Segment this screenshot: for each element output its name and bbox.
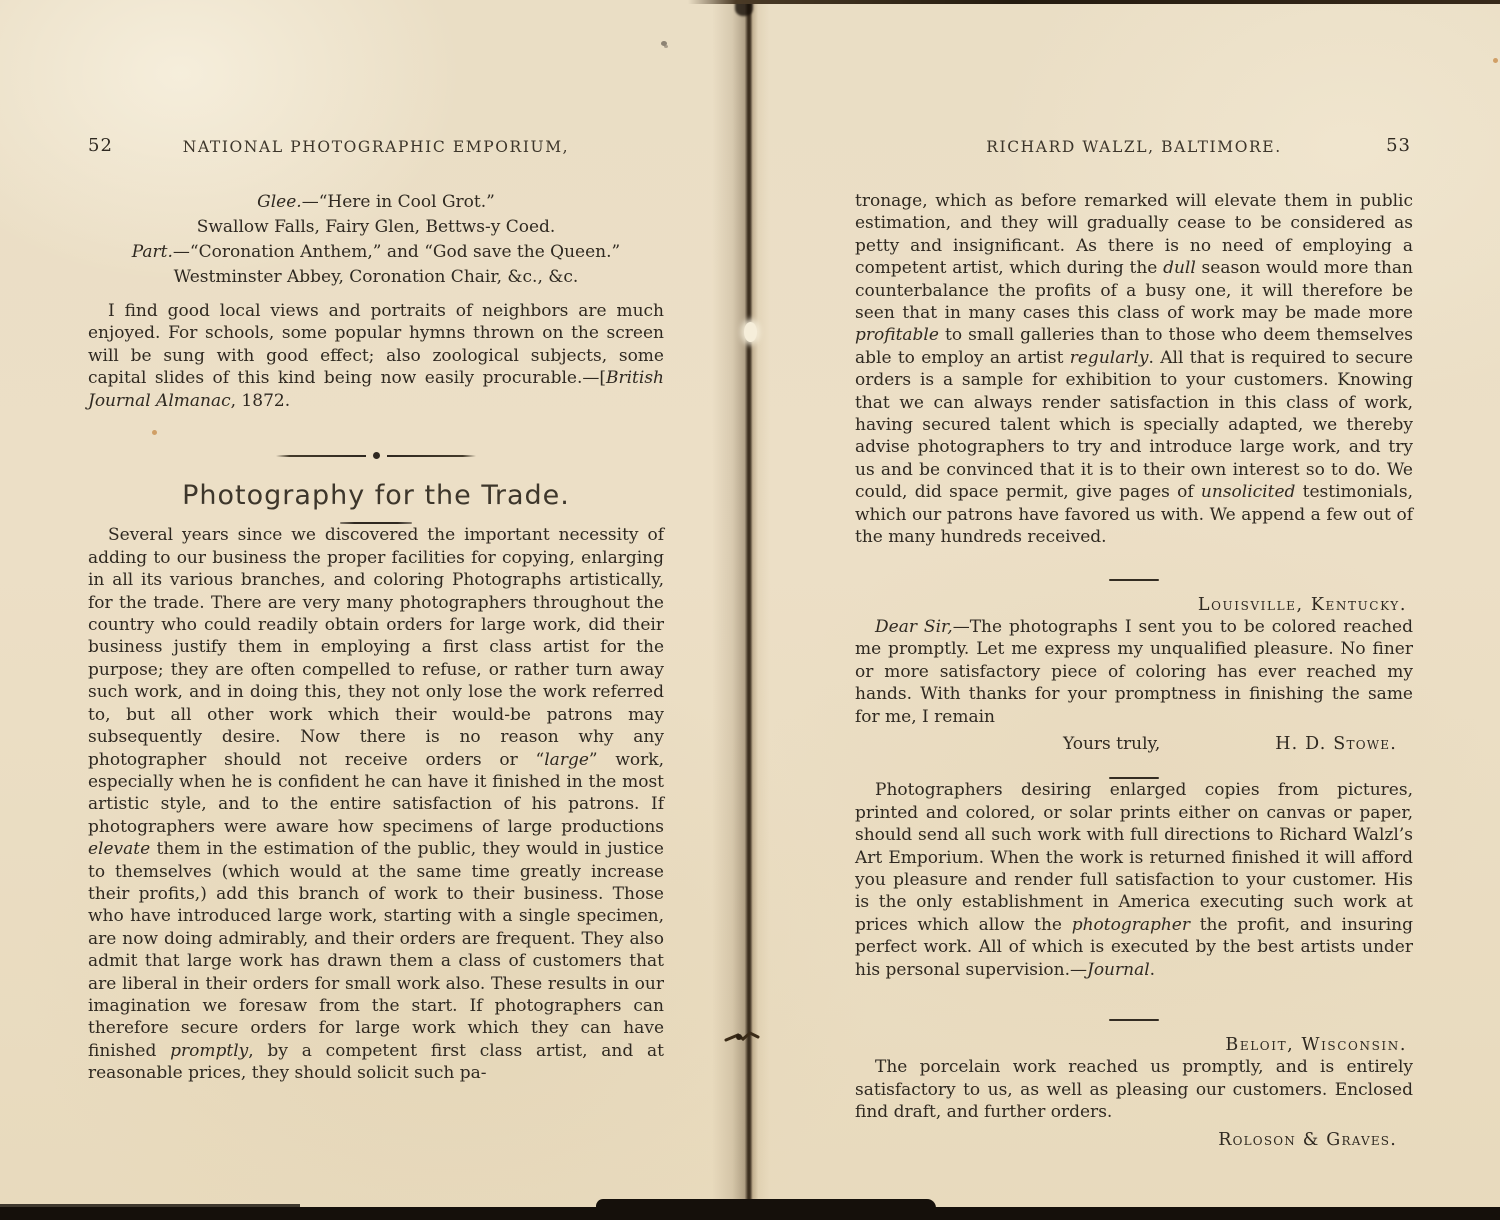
binding-stitch-icon (724, 1030, 766, 1046)
testimonial-body: The porcelain work reached us promptly, … (855, 1056, 1413, 1123)
scan-edge-bottom-bump (596, 1199, 936, 1208)
testimonial-body: Dear Sir,—The photographs I sent you to … (855, 616, 1413, 728)
testimonial-closing: Yours truly, (1063, 733, 1160, 755)
program-line: Swallow Falls, Fairy Glen, Bettws-y Coed… (88, 215, 664, 240)
book-scan-spread: 52 NATIONAL PHOTOGRAPHIC EMPORIUM, Glee.… (0, 0, 1500, 1220)
concert-program-list: Glee.—“Here in Cool Grot.” Swallow Falls… (88, 190, 664, 290)
program-line: Glee.—“Here in Cool Grot.” (88, 190, 664, 215)
emporium-notice-paragraph: Photographers desiring enlarged copies f… (855, 779, 1413, 981)
ornament-rule-left (276, 455, 366, 457)
section-heading: Photography for the Trade. (88, 485, 664, 507)
right-page-header: RICHARD WALZL, BALTIMORE. 53 (855, 136, 1413, 158)
binding-stitch (724, 1030, 766, 1050)
running-header-left: NATIONAL PHOTOGRAPHIC EMPORIUM, (88, 136, 664, 158)
trade-body-paragraph: Several years since we discovered the im… (88, 524, 664, 1084)
testimonial-signature: Roloson & Graves. (855, 1129, 1413, 1151)
ornament-rule-right (387, 455, 477, 457)
testimonial-location: Louisville, Kentucky. (855, 594, 1413, 616)
testimonial-location: Beloit, Wisconsin. (855, 1034, 1413, 1056)
scan-edge-bottom (0, 1207, 1500, 1220)
ink-speck (661, 41, 667, 46)
scan-edge-bottom-left (0, 1204, 300, 1208)
page-number-52: 52 (88, 135, 113, 157)
running-header-right: RICHARD WALZL, BALTIMORE. (855, 136, 1413, 158)
continuation-paragraph: tronage, which as before remarked will e… (855, 190, 1413, 549)
testimonial-signature: H. D. Stowe. (1275, 733, 1397, 755)
left-page: 52 NATIONAL PHOTOGRAPHIC EMPORIUM, Glee.… (88, 136, 664, 1085)
divider-rule (1109, 579, 1159, 581)
program-line: Part.—“Coronation Anthem,” and “God save… (88, 240, 664, 265)
scan-edge-top (688, 0, 1500, 4)
paper-speck (1493, 58, 1498, 63)
ornament-divider (276, 452, 476, 459)
page-number-53: 53 (1386, 135, 1411, 157)
paper-fiber-blemish (744, 322, 757, 342)
intro-paragraph: I find good local views and portraits of… (88, 300, 664, 412)
program-line: Westminster Abbey, Coronation Chair, &c.… (88, 265, 664, 290)
divider-rule (1109, 1019, 1159, 1021)
right-page: RICHARD WALZL, BALTIMORE. 53 tronage, wh… (855, 136, 1413, 1151)
ornament-dot (373, 452, 380, 459)
testimonial-signature-row: Yours truly, H. D. Stowe. (855, 733, 1413, 755)
left-page-header: 52 NATIONAL PHOTOGRAPHIC EMPORIUM, (88, 136, 664, 158)
paper-speck (152, 430, 157, 435)
